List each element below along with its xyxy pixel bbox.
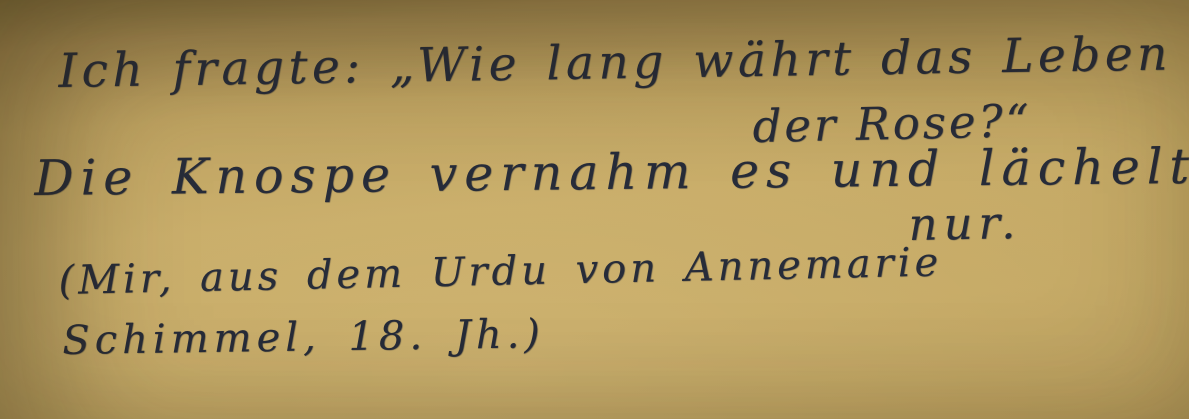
handwritten-line: Schimmel, 18. Jh.) — [62, 311, 545, 364]
handwritten-line: Ich fragte: „Wie lang währt das Leben — [58, 27, 1172, 99]
handwritten-note-photo: Ich fragte: „Wie lang währt das Leben de… — [0, 0, 1189, 419]
handwritten-line: (Mir, aus dem Urdu von Annemarie — [58, 239, 943, 303]
